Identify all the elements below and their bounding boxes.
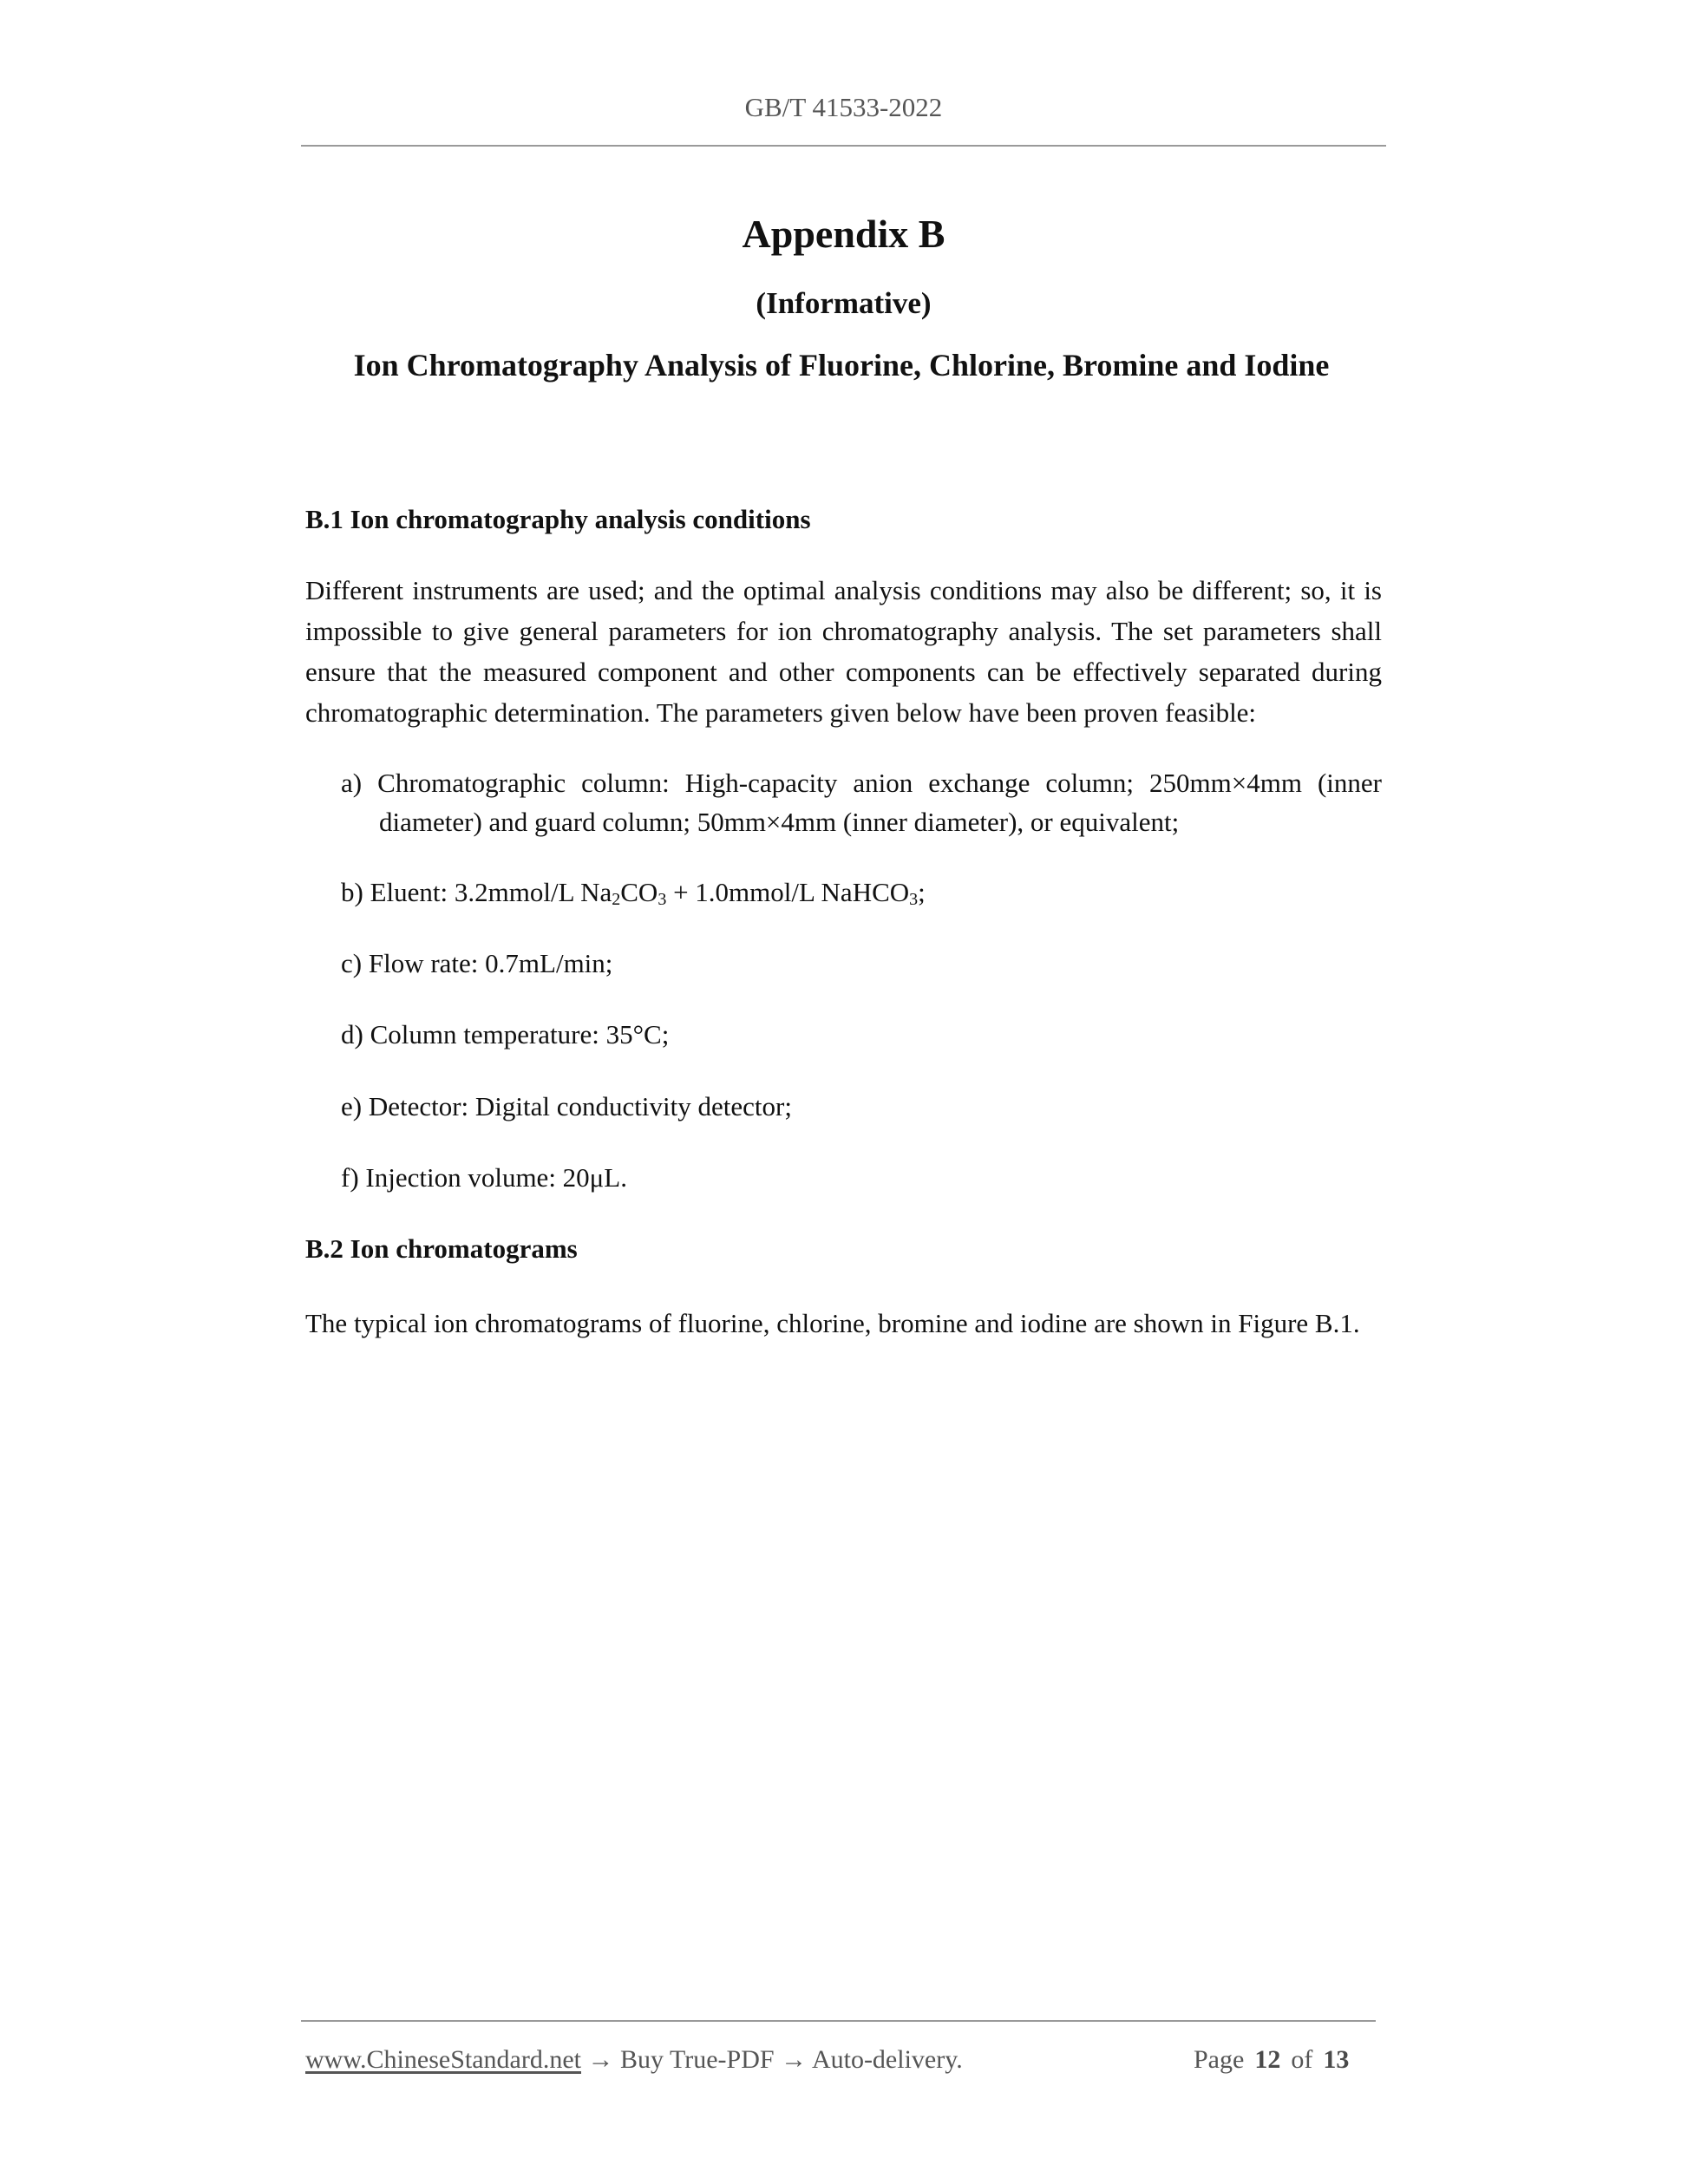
list-marker: c) xyxy=(341,948,362,978)
list-text: Chromatographic column: High-capacity an… xyxy=(377,768,1382,837)
list-text: Flow rate: 0.7mL/min; xyxy=(369,948,613,978)
list-item-a: a) Chromatographic column: High-capacity… xyxy=(341,763,1382,841)
list-marker: d) xyxy=(341,1019,363,1049)
footer-divider xyxy=(301,2020,1376,2022)
section-b1-paragraph: Different instruments are used; and the … xyxy=(305,570,1382,733)
page-indicator: Page12of13 xyxy=(1194,2043,1349,2076)
appendix-subtitle: Ion Chromatography Analysis of Fluorine,… xyxy=(286,345,1397,385)
page-label: Page xyxy=(1194,2045,1244,2074)
list-marker: b) xyxy=(341,877,363,907)
list-item-e: e) Detector: Digital conductivity detect… xyxy=(341,1087,1382,1126)
footer-promo: www.ChineseStandard.net → Buy True-PDF →… xyxy=(305,2043,963,2076)
section-heading-b2: B.2 Ion chromatograms xyxy=(305,1232,578,1266)
total-pages: 13 xyxy=(1323,2045,1349,2074)
section-heading-b1: B.1 Ion chromatography analysis conditio… xyxy=(305,502,811,537)
section-b2-paragraph: The typical ion chromatograms of fluorin… xyxy=(305,1303,1382,1344)
of-label: of xyxy=(1291,2045,1312,2074)
list-text: Injection volume: 20μL. xyxy=(365,1162,627,1193)
running-header: GB/T 41533-2022 xyxy=(301,90,1386,125)
list-marker: f) xyxy=(341,1162,359,1193)
list-item-d: d) Column temperature: 35°C; xyxy=(341,1015,1382,1054)
list-marker: a) xyxy=(341,768,362,798)
list-text: Eluent: 3.2mmol/L Na2CO3 + 1.0mmol/L NaH… xyxy=(370,877,926,907)
list-item-c: c) Flow rate: 0.7mL/min; xyxy=(341,944,1382,983)
footer-step-buy: Buy True-PDF xyxy=(620,2045,775,2074)
list-item-b: b) Eluent: 3.2mmol/L Na2CO3 + 1.0mmol/L … xyxy=(341,873,1382,912)
current-page: 12 xyxy=(1254,2045,1280,2074)
list-text: Column temperature: 35°C; xyxy=(370,1019,670,1049)
appendix-type: (Informative) xyxy=(301,284,1386,324)
list-item-f: f) Injection volume: 20μL. xyxy=(341,1158,1382,1197)
header-divider xyxy=(301,145,1386,147)
appendix-title: Appendix B xyxy=(301,210,1386,258)
footer-step-delivery: Auto-delivery. xyxy=(812,2045,963,2074)
arrow-right-icon: → xyxy=(781,2045,807,2074)
list-text: Detector: Digital conductivity detector; xyxy=(369,1091,792,1121)
arrow-right-icon: → xyxy=(588,2045,614,2074)
list-marker: e) xyxy=(341,1091,362,1121)
website-link[interactable]: www.ChineseStandard.net xyxy=(305,2045,581,2074)
